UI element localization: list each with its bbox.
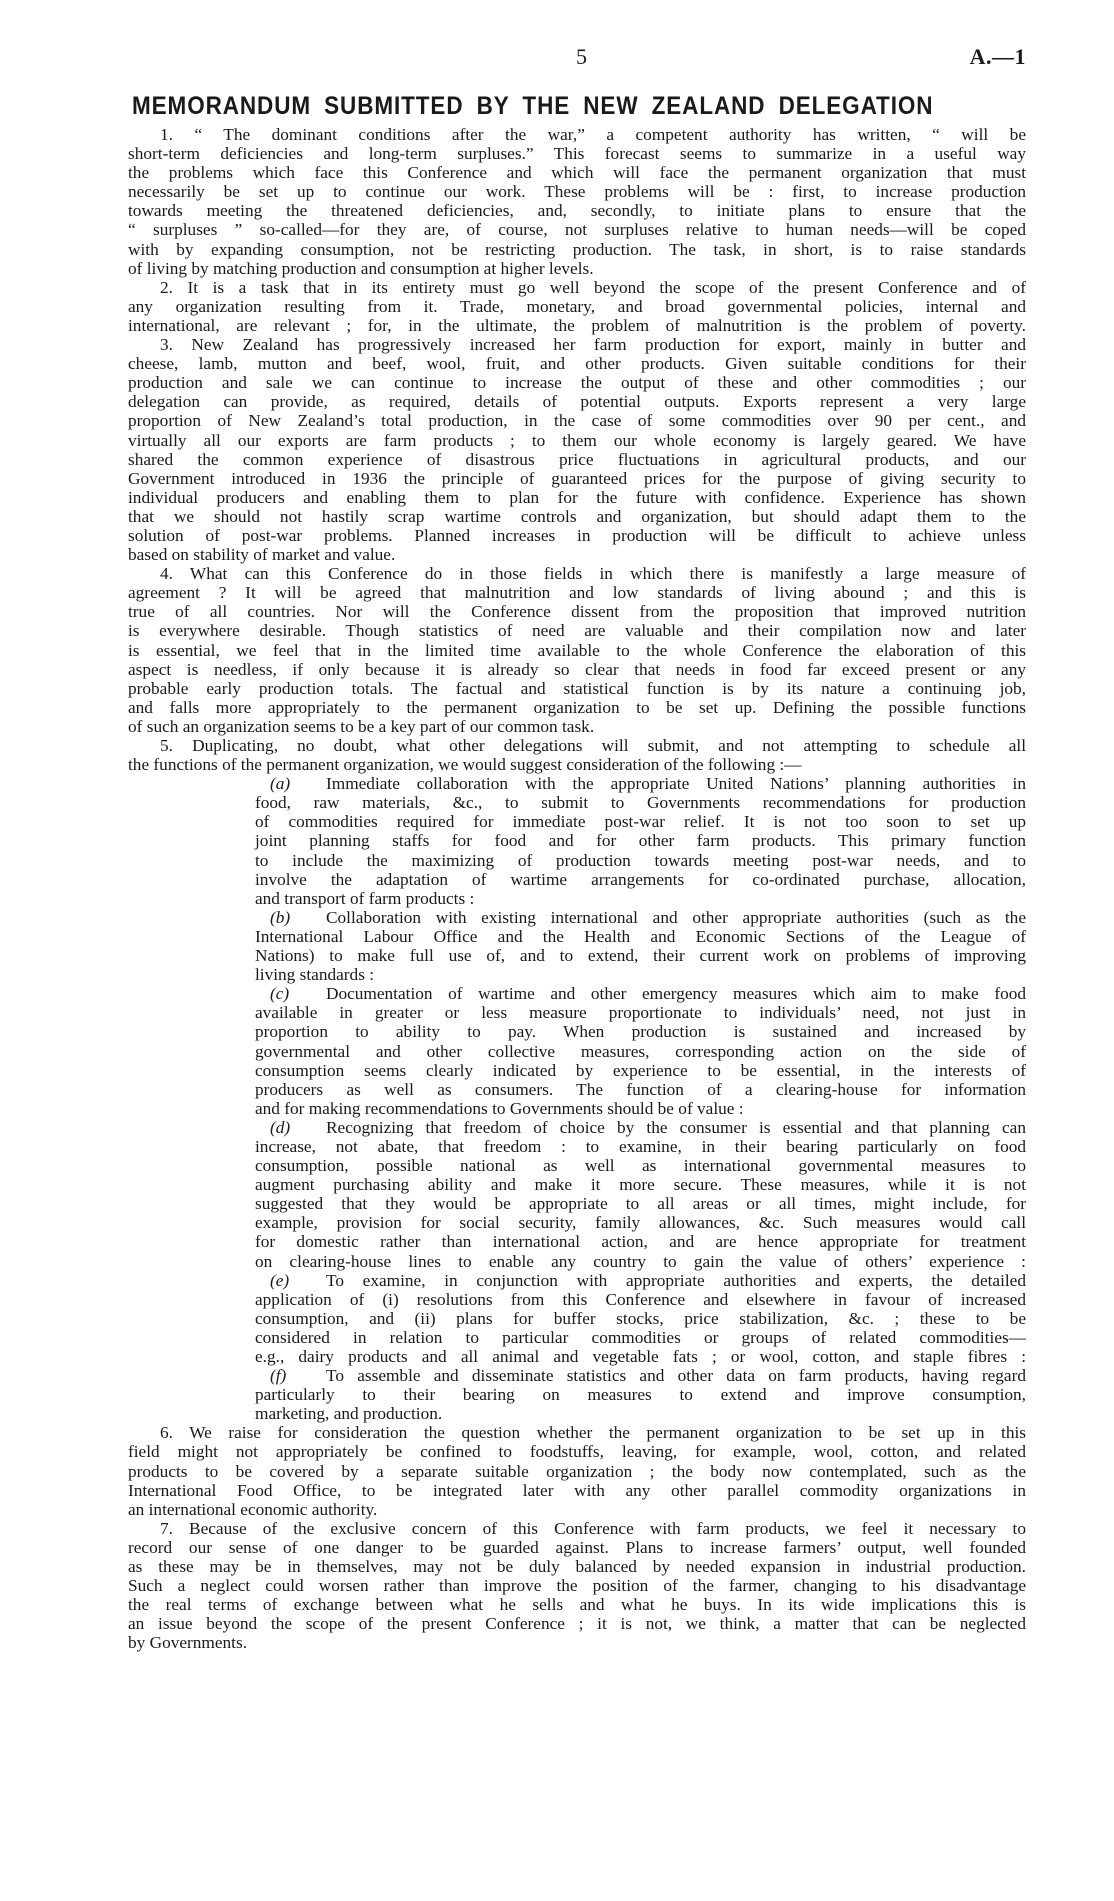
list-item-f: (f)To assemble and disseminate statistic… bbox=[128, 1366, 1026, 1423]
text-line: 4. What can this Conference do in those … bbox=[128, 564, 1026, 583]
document-code: A.—1 bbox=[970, 44, 1026, 70]
item-label: (c) bbox=[270, 984, 326, 1003]
text-line: increase, not abate, that freedom : to e… bbox=[128, 1137, 1026, 1156]
text-line: (e)To examine, in conjunction with appro… bbox=[128, 1271, 1026, 1290]
text-line: field might not appropriately be confine… bbox=[128, 1442, 1026, 1461]
document-title: MEMORANDUM SUBMITTED BY THE NEW ZEALAND … bbox=[132, 92, 1030, 121]
text-line: (b)Collaboration with existing internati… bbox=[128, 908, 1026, 927]
item-label: (b) bbox=[270, 908, 326, 927]
text-line: governmental and other collective measur… bbox=[128, 1042, 1026, 1061]
list-item-a: (a)Immediate collaboration with the appr… bbox=[128, 774, 1026, 908]
text-line: solution of post-war problems. Planned i… bbox=[128, 526, 1026, 545]
text-line: and transport of farm products : bbox=[128, 889, 1026, 908]
item-label: (d) bbox=[270, 1118, 326, 1137]
text-line: an international economic authority. bbox=[128, 1500, 1026, 1519]
text-line: of such an organization seems to be a ke… bbox=[128, 717, 1026, 736]
paragraph-2: 2. It is a task that in its entirety mus… bbox=[128, 278, 1026, 335]
item-label: (e) bbox=[270, 1271, 326, 1290]
paragraph-4: 4. What can this Conference do in those … bbox=[128, 564, 1026, 736]
page-number: 5 bbox=[576, 44, 587, 70]
text-line: on clearing-house lines to enable any co… bbox=[128, 1252, 1026, 1271]
list-item-c: (c)Documentation of wartime and other em… bbox=[128, 984, 1026, 1118]
paragraph-7: 7. Because of the exclusive concern of t… bbox=[128, 1519, 1026, 1653]
text-line: virtually all our exports are farm produ… bbox=[128, 431, 1026, 450]
text-line: for domestic rather than international a… bbox=[128, 1232, 1026, 1251]
text-line: producers as well as consumers. The func… bbox=[128, 1080, 1026, 1099]
list-item-e: (e)To examine, in conjunction with appro… bbox=[128, 1271, 1026, 1366]
text-line: food, raw materials, &c., to submit to G… bbox=[128, 793, 1026, 812]
text-line: proportion to ability to pay. When produ… bbox=[128, 1022, 1026, 1041]
text-line: short-term deficiencies and long-term su… bbox=[128, 144, 1026, 163]
text-line: 5. Duplicating, no doubt, what other del… bbox=[128, 736, 1026, 755]
text-line: the functions of the permanent organizat… bbox=[128, 755, 1026, 774]
text-line: suggested that they would be appropriate… bbox=[128, 1194, 1026, 1213]
text-line: based on stability of market and value. bbox=[128, 545, 1026, 564]
text-line: available in greater or less measure pro… bbox=[128, 1003, 1026, 1022]
list-item-b: (b)Collaboration with existing internati… bbox=[128, 908, 1026, 984]
text-line: individual producers and enabling them t… bbox=[128, 488, 1026, 507]
text-line: shared the common experience of disastro… bbox=[128, 450, 1026, 469]
text-line: of commodities required for immediate po… bbox=[128, 812, 1026, 831]
text-line: International Food Office, to be integra… bbox=[128, 1481, 1026, 1500]
text-line: Such a neglect could worsen rather than … bbox=[128, 1576, 1026, 1595]
paragraph-3: 3. New Zealand has progressively increas… bbox=[128, 335, 1026, 564]
text-line: “ surpluses ” so-called—for they are, of… bbox=[128, 220, 1026, 239]
text-line: cheese, lamb, mutton and beef, wool, fru… bbox=[128, 354, 1026, 373]
text-line: is everywhere desirable. Though statisti… bbox=[128, 621, 1026, 640]
text-line: production and sale we can continue to i… bbox=[128, 373, 1026, 392]
text-line: consumption, and (ii) plans for buffer s… bbox=[128, 1309, 1026, 1328]
text-line: Government introduced in 1936 the princi… bbox=[128, 469, 1026, 488]
text-line: (d)Recognizing that freedom of choice by… bbox=[128, 1118, 1026, 1137]
text-line: (c)Documentation of wartime and other em… bbox=[128, 984, 1026, 1003]
text-line: proportion of New Zealand’s total produc… bbox=[128, 411, 1026, 430]
text-line: the real terms of exchange between what … bbox=[128, 1595, 1026, 1614]
text-line: delegation can provide, as required, det… bbox=[128, 392, 1026, 411]
paragraph-5: 5. Duplicating, no doubt, what other del… bbox=[128, 736, 1026, 774]
text-line: probable early production totals. The fa… bbox=[128, 679, 1026, 698]
text-line: international, are relevant ; for, in th… bbox=[128, 316, 1026, 335]
text-line: living standards : bbox=[128, 965, 1026, 984]
memorandum-body: 1. “ The dominant conditions after the w… bbox=[128, 125, 1026, 1653]
text-line: aspect is needless, if only because it i… bbox=[128, 660, 1026, 679]
text-line: of living by matching production and con… bbox=[128, 259, 1026, 278]
text-line: agreement ? It will be agreed that malnu… bbox=[128, 583, 1026, 602]
text-line: is essential, we feel that in the limite… bbox=[128, 641, 1026, 660]
page-header: 5 A.—1 bbox=[0, 44, 1114, 74]
item-label: (a) bbox=[270, 774, 326, 793]
text-line: involve the adaptation of wartime arrang… bbox=[128, 870, 1026, 889]
text-line: augment purchasing ability and make it m… bbox=[128, 1175, 1026, 1194]
text-line: particularly to their bearing on measure… bbox=[128, 1385, 1026, 1404]
text-line: 6. We raise for consideration the questi… bbox=[128, 1423, 1026, 1442]
text-line: by Governments. bbox=[128, 1633, 1026, 1652]
text-line: 3. New Zealand has progressively increas… bbox=[128, 335, 1026, 354]
text-line: 7. Because of the exclusive concern of t… bbox=[128, 1519, 1026, 1538]
text-line: towards meeting the threatened deficienc… bbox=[128, 201, 1026, 220]
text-line: record our sense of one danger to be gua… bbox=[128, 1538, 1026, 1557]
text-line: (f)To assemble and disseminate statistic… bbox=[128, 1366, 1026, 1385]
text-line: an issue beyond the scope of the present… bbox=[128, 1614, 1026, 1633]
list-item-d: (d)Recognizing that freedom of choice by… bbox=[128, 1118, 1026, 1271]
text-line: consumption, possible national as well a… bbox=[128, 1156, 1026, 1175]
text-line: any organization resulting from it. Trad… bbox=[128, 297, 1026, 316]
text-line: with by expanding consumption, not be re… bbox=[128, 240, 1026, 259]
text-line: that we should not hastily scrap wartime… bbox=[128, 507, 1026, 526]
text-line: to include the maximizing of production … bbox=[128, 851, 1026, 870]
paragraph-6: 6. We raise for consideration the questi… bbox=[128, 1423, 1026, 1518]
text-line: (a)Immediate collaboration with the appr… bbox=[128, 774, 1026, 793]
text-line: joint planning staffs for food and for o… bbox=[128, 831, 1026, 850]
text-line: and for making recommendations to Govern… bbox=[128, 1099, 1026, 1118]
paragraph-1: 1. “ The dominant conditions after the w… bbox=[128, 125, 1026, 278]
text-line: considered in relation to particular com… bbox=[128, 1328, 1026, 1347]
text-line: as these may be in themselves, may not b… bbox=[128, 1557, 1026, 1576]
item-label: (f) bbox=[270, 1366, 326, 1385]
text-line: example, provision for social security, … bbox=[128, 1213, 1026, 1232]
text-line: 2. It is a task that in its entirety mus… bbox=[128, 278, 1026, 297]
text-line: and falls more appropriately to the perm… bbox=[128, 698, 1026, 717]
text-line: products to be covered by a separate sui… bbox=[128, 1462, 1026, 1481]
text-line: application of (i) resolutions from this… bbox=[128, 1290, 1026, 1309]
text-line: necessarily be set up to continue our wo… bbox=[128, 182, 1026, 201]
text-line: the problems which face this Conference … bbox=[128, 163, 1026, 182]
text-line: consumption seems clearly indicated by e… bbox=[128, 1061, 1026, 1080]
text-line: true of all countries. Nor will the Conf… bbox=[128, 602, 1026, 621]
text-line: 1. “ The dominant conditions after the w… bbox=[128, 125, 1026, 144]
text-line: Nations) to make full use of, and to ext… bbox=[128, 946, 1026, 965]
text-line: International Labour Office and the Heal… bbox=[128, 927, 1026, 946]
text-line: marketing, and production. bbox=[128, 1404, 1026, 1423]
text-line: e.g., dairy products and all animal and … bbox=[128, 1347, 1026, 1366]
